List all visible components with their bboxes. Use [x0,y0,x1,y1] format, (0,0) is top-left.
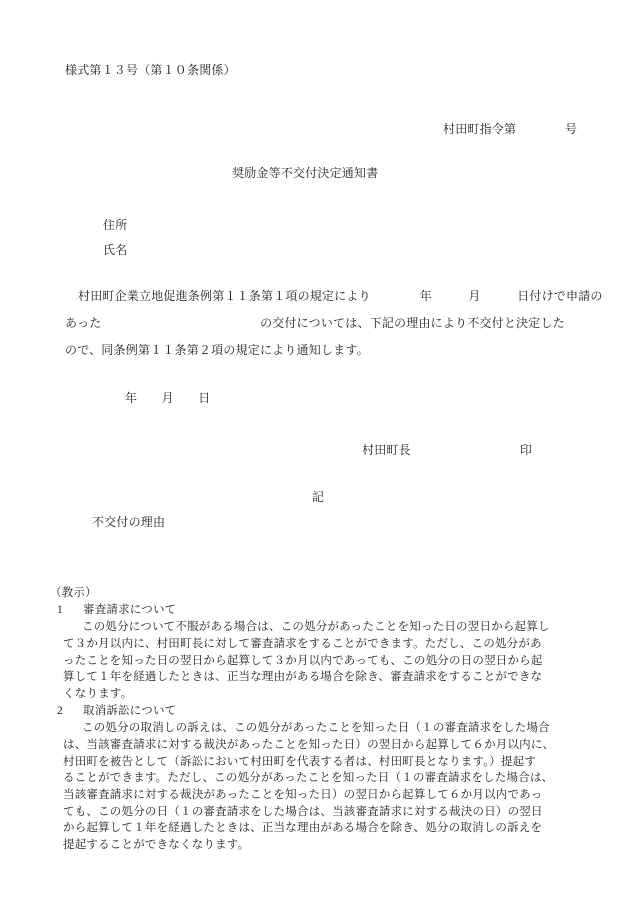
kyoji-item-2-line: 提起することができなくなります。 [63,840,249,852]
body-line-3: ので、同条例第１１条第２項の規定により通知します。 [65,344,369,356]
document-page: 様式第１３号（第１０条関係） 村田町指令第 号 奨励金等不交付決定通知書 住所 … [0,0,630,915]
ki-marker: 記 [312,491,324,503]
document-title: 奨励金等不交付決定通知書 [232,167,378,179]
body-line-2: あった の交付については、下記の理由により不交付と決定した [65,317,565,329]
kyoji-item-2-line: この処分の取消しの訴えは、この処分があったことを知った日（１の審査請求をした場合 [63,723,550,735]
kyoji-item-2-line: 当該審査請求に対する裁決があったことを知った日）の翌日から起算して６か月以内であ… [63,790,542,802]
kyoji-item-1-line: くなります。 [63,689,132,701]
kyoji-item-2-line: ることができます。ただし、この処分があったことを知った日（１の審査請求をした場合… [63,773,553,785]
kyoji-item-2-line: ても、この処分の日（１の審査請求をした場合は、当該審査請求に対する裁決の日）の翌… [63,807,543,819]
kyoji-item-1-line: て３か月以内に、村田町長に対して審査請求をすることができます。ただし、この処分が… [63,639,542,651]
kyoji-item-2-line: は、当該審査請求に対する裁決があったことを知った日）の翌日から起算して６か月以内… [63,740,554,752]
kyoji-item-1-number: 1 [57,605,63,617]
mayor-label: 村田町長 [362,444,411,456]
form-number: 様式第１３号（第１０条関係） [65,64,236,76]
kyoji-item-2-line: から起算して１年を経過したときは、正当な理由がある場合を除き、処分の取消しの訴え… [63,823,542,835]
date-line: 年 月 日 [125,392,210,404]
kyoji-item-2-title: 取消訴訟について [83,706,176,718]
reason-label: 不交付の理由 [92,516,165,528]
kyoji-item-1-line: この処分について不服がある場合は、この処分があったことを知った日の翌日から起算し [63,622,550,634]
name-label: 氏名 [103,244,127,256]
kyoji-item-2-line: 村田町を被告として（訴訟において村田町を代表する者は、村田町長となります。）提起… [63,757,536,769]
kyoji-item-2-number: 2 [57,706,63,718]
kyoji-item-1-title: 審査請求について [83,605,176,617]
body-line-1: 村田町企業立地促進条例第１１条第１項の規定により 年 月 日付けで申請の [78,290,603,302]
directive-number: 村田町指令第 号 [443,123,577,135]
seal-label: 印 [520,444,532,456]
kyoji-heading: （教示） [50,588,97,600]
address-label: 住所 [103,219,127,231]
kyoji-item-1-line: ったことを知った日の翌日から起算して３か月以内であっても、この処分の日の翌日から… [63,656,543,668]
kyoji-item-1-line: 算して１年を経過したときは、正当な理由がある場合を除き、審査請求をすることができ… [63,672,542,684]
